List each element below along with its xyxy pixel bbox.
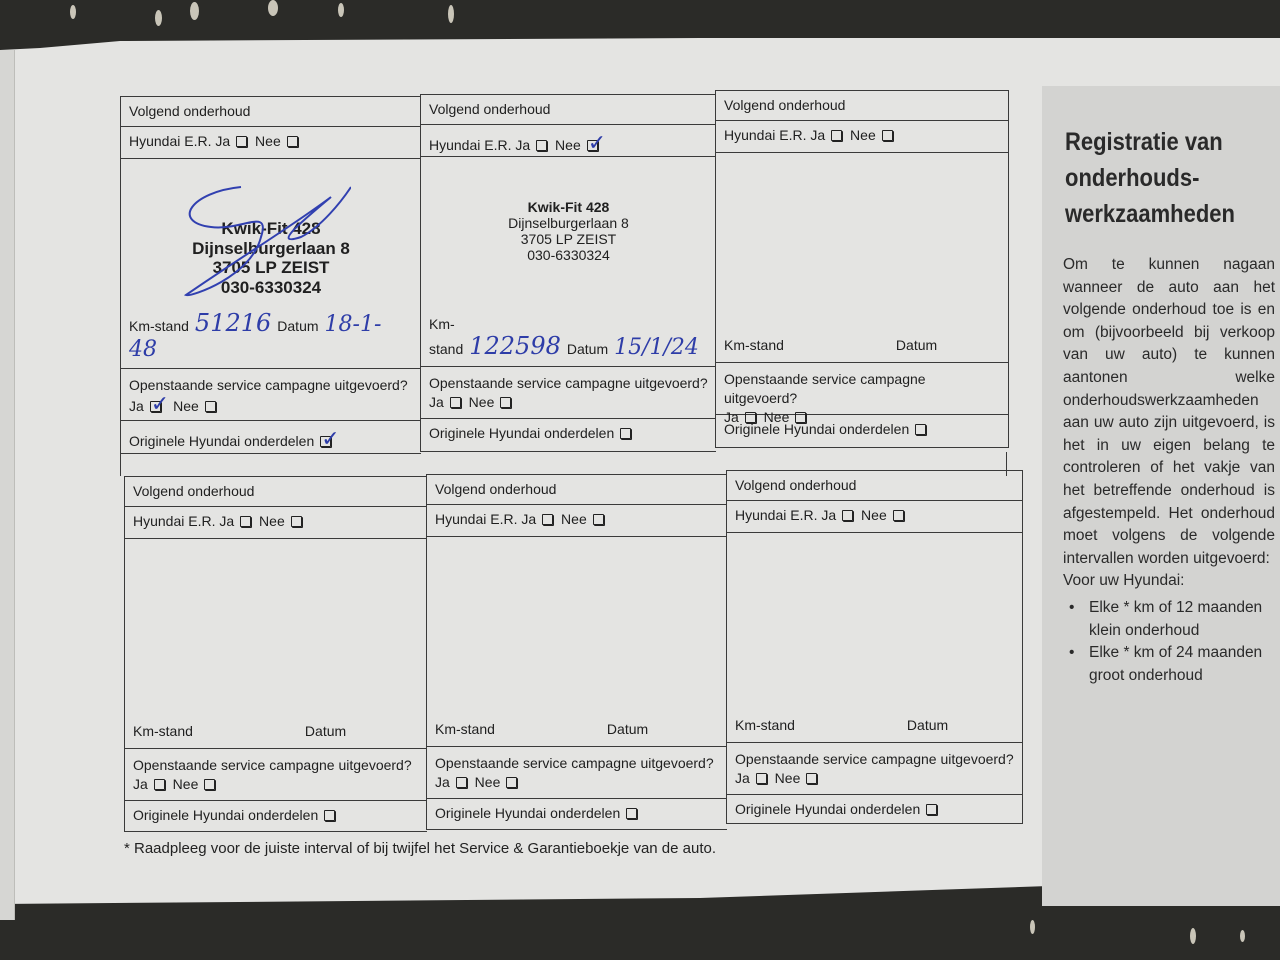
next-service-row: Volgend onderhoud	[421, 95, 716, 125]
checkbox[interactable]	[915, 424, 926, 435]
campaign-row: Openstaande service campagne uitgevoerd?…	[421, 367, 716, 419]
km-value[interactable]: 51216	[195, 309, 271, 337]
checkbox[interactable]	[882, 130, 893, 141]
campaign-question: Openstaande service campagne uitgevoerd?	[735, 750, 1014, 769]
campaign-options: Ja Nee	[435, 773, 719, 792]
date-label: Datum	[277, 318, 318, 334]
original-parts-row: Originele Hyundai onderdelen	[125, 801, 427, 833]
km-date-line: Km-standDatum	[724, 328, 993, 356]
km-date-line: Km-stand122598Datum15/1/24	[429, 316, 700, 360]
checkbox[interactable]	[842, 510, 853, 521]
km-value[interactable]: 122598	[469, 332, 561, 360]
interval-item: Elke * km of 12 maanden klein onderhoud	[1063, 597, 1275, 642]
date-label: Datum	[567, 341, 608, 357]
checkbox[interactable]	[240, 516, 251, 527]
original-parts-row: Originele Hyundai onderdelen	[716, 415, 1008, 447]
next-service-row: Volgend onderhoud	[427, 475, 727, 505]
km-date-line: Km-standDatum	[735, 708, 1006, 736]
checkbox[interactable]	[500, 397, 511, 408]
interval-list: Elke * km of 12 maanden klein onderhoud …	[1063, 597, 1275, 687]
campaign-question: Openstaande service campagne uitgevoerd?	[129, 376, 413, 395]
km-date-line: Km-standDatum	[435, 712, 711, 740]
km-date-line: Km-stand51216Datum18-1-48	[129, 309, 405, 362]
km-label: Km-stand	[435, 721, 495, 737]
hyundai-er-row: Hyundai E.R. Ja Nee	[125, 507, 427, 539]
sidebar-body: Om te kunnen nagaan wanneer de auto aan …	[1063, 254, 1275, 687]
checkbox[interactable]	[806, 773, 817, 784]
checkbox[interactable]	[831, 130, 842, 141]
km-label: Km-stand	[724, 337, 784, 353]
stamp-area: Km-standDatum	[427, 537, 727, 747]
checkbox[interactable]	[620, 428, 631, 439]
checkbox[interactable]	[154, 779, 165, 790]
checkbox[interactable]	[324, 810, 335, 821]
stamp-area: Km-standDatum	[727, 533, 1022, 743]
checkbox[interactable]	[593, 514, 604, 525]
original-parts-row: Originele Hyundai onderdelen	[421, 419, 716, 451]
campaign-row: Openstaande service campagne uitgevoerd?…	[727, 743, 1022, 795]
campaign-question: Openstaande service campagne uitgevoerd?	[133, 756, 419, 775]
campaign-question: Openstaande service campagne uitgevoerd?	[435, 754, 719, 773]
checkbox[interactable]	[287, 136, 298, 147]
service-entry: Volgend onderhoudHyundai E.R. Ja NeeKwik…	[120, 96, 421, 454]
checkbox[interactable]	[205, 401, 216, 412]
campaign-options: Ja Nee	[429, 393, 708, 412]
campaign-options: Ja Nee	[133, 775, 419, 794]
next-service-row: Volgend onderhoud	[121, 97, 421, 127]
campaign-options: Ja Nee	[735, 769, 1014, 788]
km-date-line: Km-standDatum	[133, 714, 411, 742]
stamp-area: Kwik-Fit 428Dijnselburgerlaan 83705 LP Z…	[121, 159, 421, 369]
campaign-question: Openstaande service campagne uitgevoerd?	[724, 370, 1000, 408]
stamp-line: 3705 LP ZEIST	[421, 231, 716, 247]
checkbox[interactable]	[450, 397, 461, 408]
campaign-row: Openstaande service campagne uitgevoerd?…	[125, 749, 427, 801]
stamp-line: Kwik-Fit 428	[421, 199, 716, 215]
km-label: Km-stand	[129, 318, 189, 334]
dealer-stamp: Kwik-Fit 428Dijnselburgerlaan 83705 LP Z…	[421, 199, 716, 263]
stamp-area: Kwik-Fit 428Dijnselburgerlaan 83705 LP Z…	[421, 157, 716, 367]
km-label: Km-stand	[429, 316, 463, 357]
sidebar-paragraph: Om te kunnen nagaan wanneer de auto aan …	[1063, 254, 1275, 570]
checkmark: ✓	[321, 427, 339, 452]
date-label: Datum	[896, 337, 937, 353]
campaign-question: Openstaande service campagne uitgevoerd?	[429, 374, 708, 393]
checkbox[interactable]	[542, 514, 553, 525]
separator-row	[120, 452, 1007, 476]
campaign-row: Openstaande service campagne uitgevoerd?…	[121, 369, 421, 421]
service-entry: Volgend onderhoudHyundai E.R. Ja Nee✓Kwi…	[420, 94, 716, 452]
checkbox[interactable]	[236, 136, 247, 147]
hyundai-er-row: Hyundai E.R. Ja Nee✓	[421, 125, 716, 157]
original-parts-row: Originele Hyundai onderdelen	[727, 795, 1022, 827]
next-service-row: Volgend onderhoud	[125, 477, 427, 507]
page-edge	[0, 50, 15, 920]
next-service-row: Volgend onderhoud	[716, 91, 1008, 121]
campaign-row: Openstaande service campagne uitgevoerd?…	[427, 747, 727, 799]
stamp-line: Dijnselburgerlaan 8	[421, 215, 716, 231]
signature	[151, 167, 351, 307]
original-parts-row: Originele Hyundai onderdelen✓	[121, 421, 421, 453]
hyundai-er-row: Hyundai E.R. Ja Nee	[121, 127, 421, 159]
sidebar-subheading: Voor uw Hyundai:	[1063, 570, 1275, 593]
checkbox[interactable]	[926, 804, 937, 815]
checkbox[interactable]	[456, 777, 467, 788]
checkbox[interactable]	[291, 516, 302, 527]
date-label: Datum	[305, 723, 346, 739]
stamp-area: Km-standDatum	[716, 153, 1008, 363]
interval-item: Elke * km of 24 maanden groot onderhoud	[1063, 642, 1275, 687]
campaign-row: Openstaande service campagne uitgevoerd?…	[716, 363, 1008, 415]
checkbox[interactable]	[626, 808, 637, 819]
checkbox[interactable]	[756, 773, 767, 784]
date-label: Datum	[907, 717, 948, 733]
sidebar-title: Registratie van onderhouds- werkzaamhede…	[1065, 124, 1235, 232]
stamp-area: Km-standDatum	[125, 539, 427, 749]
checkmark: ✓	[151, 392, 169, 417]
service-entry: Volgend onderhoudHyundai E.R. Ja NeeKm-s…	[726, 470, 1023, 824]
checkbox[interactable]	[893, 510, 904, 521]
service-entry: Volgend onderhoudHyundai E.R. Ja NeeKm-s…	[124, 476, 427, 832]
stamp-line: 030-6330324	[421, 247, 716, 263]
campaign-options: Ja✓ Nee	[129, 395, 413, 416]
footnote: * Raadpleeg voor de juiste interval of b…	[124, 840, 716, 857]
checkmark: ✓	[588, 131, 606, 156]
hyundai-er-row: Hyundai E.R. Ja Nee	[427, 505, 727, 537]
date-label: Datum	[607, 721, 648, 737]
date-value[interactable]: 15/1/24	[614, 335, 699, 360]
service-entry: Volgend onderhoudHyundai E.R. Ja NeeKm-s…	[426, 474, 727, 830]
checkbox[interactable]	[536, 140, 547, 151]
checkbox[interactable]	[204, 779, 215, 790]
checkbox[interactable]	[506, 777, 517, 788]
km-label: Km-stand	[133, 723, 193, 739]
original-parts-row: Originele Hyundai onderdelen	[427, 799, 727, 831]
hyundai-er-row: Hyundai E.R. Ja Nee	[716, 121, 1008, 153]
km-label: Km-stand	[735, 717, 795, 733]
service-entry: Volgend onderhoudHyundai E.R. Ja NeeKm-s…	[715, 90, 1009, 448]
hyundai-er-row: Hyundai E.R. Ja Nee	[727, 501, 1022, 533]
